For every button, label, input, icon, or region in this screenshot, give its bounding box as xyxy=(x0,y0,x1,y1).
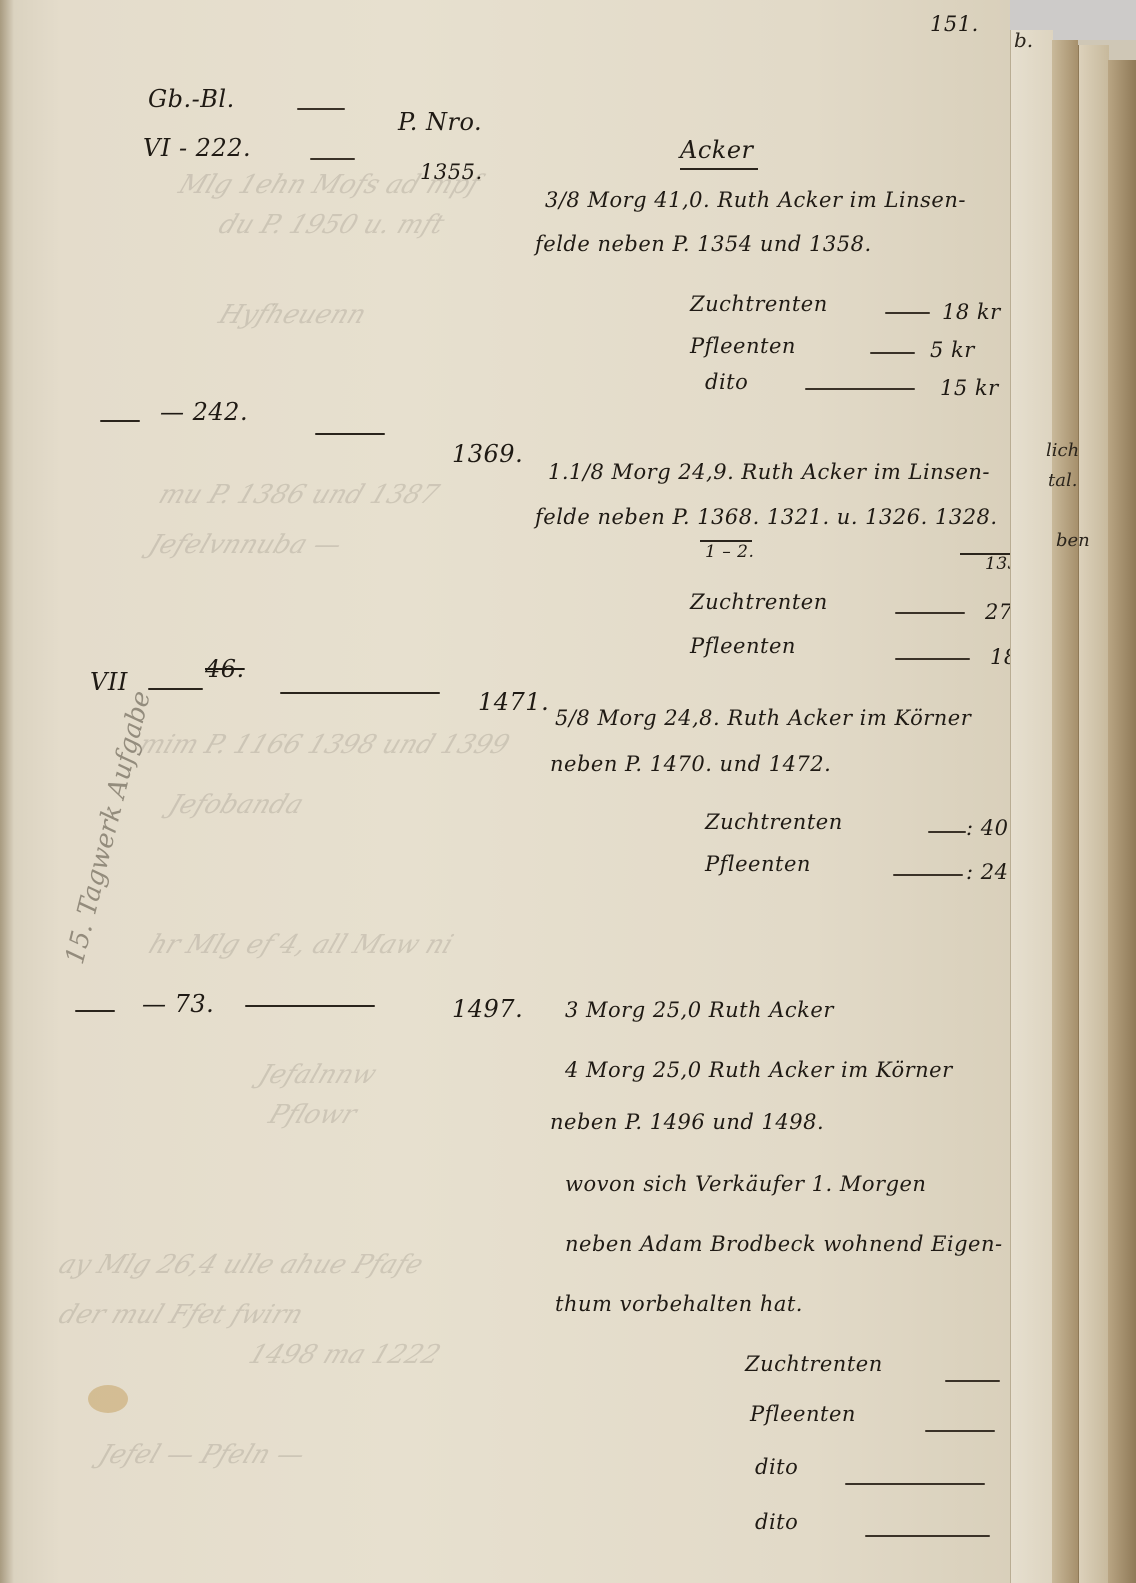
divider xyxy=(315,433,385,435)
column-header-gb-bl: Gb.-Bl. xyxy=(148,85,235,113)
bleed-through: hr Mlg ef 4, all Maw ni xyxy=(145,930,458,960)
bleed-through: der mul Ffet fwirn xyxy=(55,1300,308,1330)
adjacent-page-fragment: lich xyxy=(1046,440,1079,461)
bleed-through: mim P. 1166 1398 und 1399 xyxy=(135,730,514,760)
register-page: Mlg 1ehn Mofs ad mpf du P. 1950 u. mft H… xyxy=(0,0,1010,1583)
charge-label: Zuchtrenten xyxy=(690,590,828,614)
entry-description-line: 3/8 Morg 41,0. Ruth Acker im Linsen- xyxy=(545,188,966,212)
next-page-edge xyxy=(1010,30,1053,1583)
adjacent-page-fragment: b. xyxy=(1014,28,1033,52)
divider xyxy=(310,158,355,160)
divider xyxy=(280,692,440,694)
charge-label: dito xyxy=(705,370,748,394)
column-header-acker: Acker xyxy=(680,136,754,164)
divider xyxy=(865,1535,990,1537)
bleed-through: ay Mlg 26,4 ulle ahue Pfafe xyxy=(55,1250,428,1280)
margin-note: 15. Tagwerk Aufgabe xyxy=(60,688,157,967)
parcel-number: 1471. xyxy=(478,688,549,716)
page-stack-edge xyxy=(1078,45,1109,1583)
bleed-through: Jefelvnnuba — xyxy=(145,530,346,560)
divider xyxy=(75,1010,115,1012)
header-underline xyxy=(680,168,758,170)
entry-description-line: felde neben P. 1368. 1321. u. 1326. 1328… xyxy=(535,505,998,529)
charge-value: 15 kr xyxy=(940,376,999,400)
charge-label: dito xyxy=(755,1510,798,1534)
entry-description-line: 4 Morg 25,0 Ruth Acker im Körner xyxy=(565,1058,953,1082)
gb-number: 46. xyxy=(205,655,245,683)
divider xyxy=(895,612,965,614)
adjacent-page-fragment: ben xyxy=(1056,530,1090,551)
charge-label: Zuchtrenten xyxy=(690,292,828,316)
divider xyxy=(805,388,915,390)
fraction-denominator: 1 – 2. xyxy=(705,542,754,562)
bleed-through: Jefalnnw xyxy=(255,1060,381,1090)
charge-label: Pfleenten xyxy=(690,334,796,358)
charge-value: 5 kr xyxy=(930,338,975,362)
divider xyxy=(100,420,140,422)
divider xyxy=(845,1483,985,1485)
divider xyxy=(148,688,203,690)
entry-description-line: thum vorbehalten hat. xyxy=(555,1292,803,1316)
entry-description-line: neben P. 1496 und 1498. xyxy=(550,1110,824,1134)
charge-label: dito xyxy=(755,1455,798,1479)
entry-description-line-struck: 3 Morg 25,0 Ruth Acker xyxy=(565,998,834,1022)
gb-bl-value: VII xyxy=(90,668,128,696)
charge-label: Zuchtrenten xyxy=(705,810,843,834)
entry-description-line: felde neben P. 1354 und 1358. xyxy=(535,232,872,256)
parcel-number: 1355. xyxy=(420,160,483,184)
bleed-through: Jefel — Pfeln — xyxy=(95,1440,309,1470)
book-cover-edge xyxy=(1108,60,1136,1583)
parcel-number: 1497. xyxy=(452,995,523,1023)
bleed-through: Pflowr xyxy=(265,1100,361,1130)
charge-value: : 40 kr xyxy=(966,816,1010,840)
divider xyxy=(893,874,963,876)
charge-value: 18 kr xyxy=(990,645,1010,669)
page-number: 151. xyxy=(930,12,979,36)
bleed-through: Jefobanda xyxy=(165,790,308,820)
charge-label: Pfleenten xyxy=(690,634,796,658)
charge-label: Zuchtrenten xyxy=(745,1352,883,1376)
entry-description-line: 1.1/8 Morg 24,9. Ruth Acker im Linsen- xyxy=(548,460,990,484)
bleed-through: 1498 ma 1222 xyxy=(245,1340,445,1370)
charge-value: : 24 kr xyxy=(966,860,1010,884)
gb-number: — 242. xyxy=(160,398,248,426)
divider xyxy=(895,658,970,660)
page-stack-edge xyxy=(1052,40,1078,1583)
bleed-through: du P. 1950 u. mft xyxy=(215,210,449,240)
continuation-number: 1330. xyxy=(985,554,1010,574)
bleed-through: Hyfheuenn xyxy=(215,300,371,330)
charge-value: 18 kr xyxy=(942,300,1001,324)
divider xyxy=(945,1380,1000,1382)
divider xyxy=(870,352,915,354)
charge-label: Pfleenten xyxy=(705,852,811,876)
divider xyxy=(245,1005,375,1007)
gb-bl-value: VI - 222. xyxy=(143,134,251,162)
gb-number: — 73. xyxy=(142,990,214,1018)
entry-description-line: neben P. 1470. und 1472. xyxy=(550,752,831,776)
divider xyxy=(885,312,930,314)
charge-label: Pfleenten xyxy=(750,1402,856,1426)
entry-description-line: wovon sich Verkäufer 1. Morgen xyxy=(565,1172,926,1196)
divider xyxy=(297,108,345,110)
entry-description-line: 5/8 Morg 24,8. Ruth Acker im Körner xyxy=(555,706,971,730)
stain xyxy=(88,1385,128,1413)
divider xyxy=(925,1430,995,1432)
charge-value: 27 kr xyxy=(985,600,1010,624)
bleed-through: mu P. 1386 und 1387 xyxy=(155,480,443,510)
column-header-p-nro: P. Nro. xyxy=(398,108,482,136)
adjacent-page-fragment: tal. xyxy=(1048,470,1077,491)
divider xyxy=(928,831,966,833)
parcel-number: 1369. xyxy=(452,440,523,468)
entry-description-line: neben Adam Brodbeck wohnend Eigen- xyxy=(565,1232,1003,1256)
